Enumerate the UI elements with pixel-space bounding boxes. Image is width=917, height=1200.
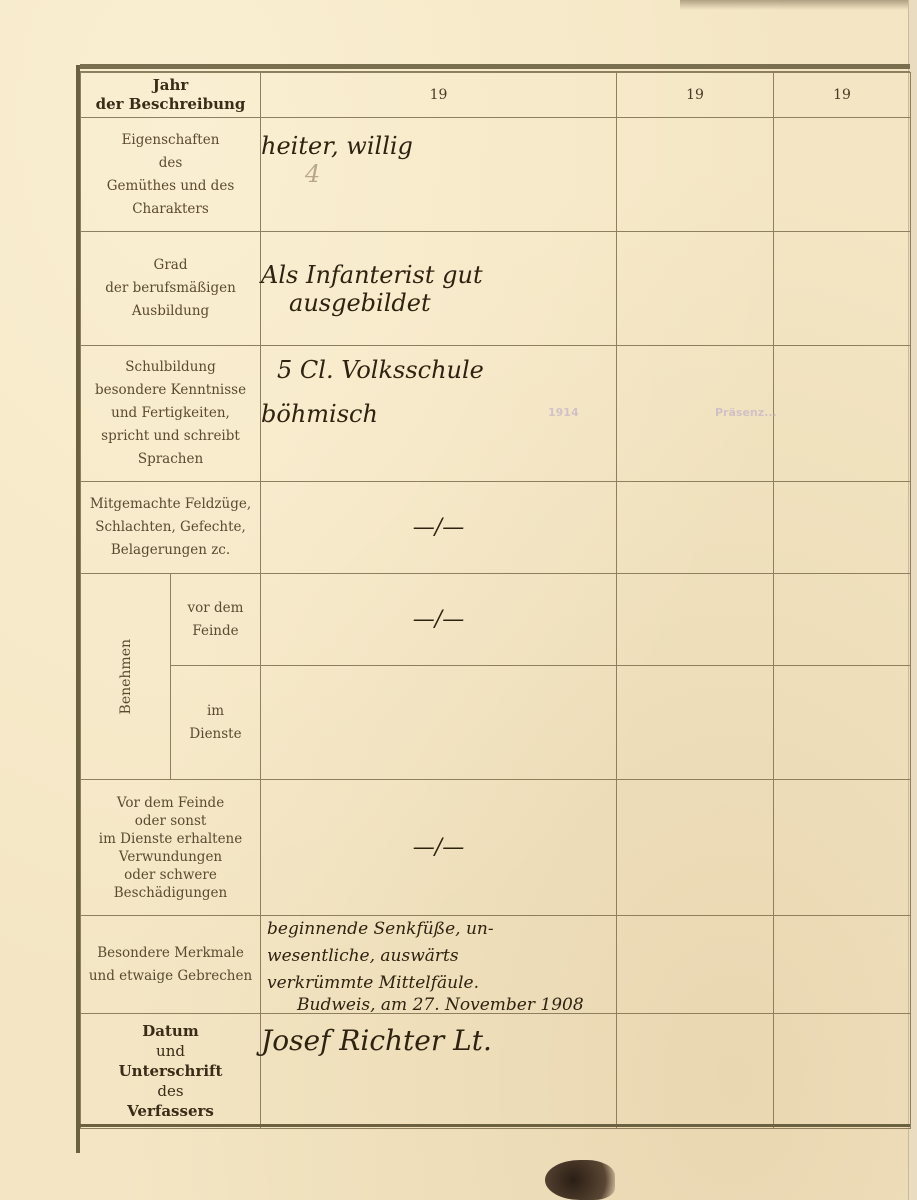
label-line: Datum: [81, 1021, 260, 1041]
label-line: Mitgemachte Feldzüge,: [81, 493, 260, 516]
empty-cell: [774, 574, 911, 666]
ink-blot: [545, 1160, 615, 1200]
label-line: vor dem: [171, 597, 260, 620]
year-label-line1: Jahr: [81, 76, 260, 95]
entry-campaigns: —/—: [261, 482, 617, 574]
label-line: Unterschrift: [81, 1061, 260, 1081]
handwritten-line: wesentliche, auswärts: [267, 943, 616, 970]
row-training: Grad der berufsmäßigen Ausbildung Als In…: [81, 232, 911, 346]
empty-cell: [617, 780, 774, 916]
label-line: Sprachen: [81, 448, 260, 471]
label-line: der berufsmäßigen: [81, 277, 260, 300]
top-border-rule: [80, 64, 910, 69]
empty-cell: [617, 666, 774, 780]
label-line: des: [81, 152, 260, 175]
label-line: besondere Kenntnisse: [81, 379, 260, 402]
empty-cell: [774, 482, 911, 574]
empty-cell: [617, 1014, 774, 1129]
empty-cell: [617, 118, 774, 232]
entry-wounds: —/—: [261, 780, 617, 916]
label-line: Besondere Merkmale: [81, 942, 260, 965]
row-conduct-service: im Dienste: [81, 666, 911, 780]
label-features: Besondere Merkmale und etwaige Gebrechen: [81, 916, 261, 1014]
entry-character: heiter, willig 4: [261, 118, 617, 232]
empty-cell: [774, 666, 911, 780]
label-schooling: Schulbildung besondere Kenntnisse und Fe…: [81, 346, 261, 482]
header-row: Jahr der Beschreibung 19 19 19: [81, 73, 911, 118]
faint-stamp-year: 1914: [548, 406, 579, 419]
entry-signature: Josef Richter Lt.: [261, 1014, 617, 1129]
label-line: Feinde: [171, 620, 260, 643]
label-line: oder sonst: [81, 812, 260, 830]
empty-cell: [774, 916, 911, 1014]
handwritten-line: verkrümmte Mittelfäule.: [267, 970, 616, 997]
year-column-1: 19: [261, 73, 617, 118]
page-edge-shadow: [680, 0, 917, 10]
label-line: spricht und schreibt: [81, 425, 260, 448]
label-line: des: [81, 1081, 260, 1101]
year-label-cell: Jahr der Beschreibung: [81, 73, 261, 118]
label-conduct-service: im Dienste: [171, 666, 261, 780]
label-line: oder schwere: [81, 866, 260, 884]
label-conduct-group: Benehmen: [81, 574, 171, 780]
label-character: Eigenschaften des Gemüthes und des Chara…: [81, 118, 261, 232]
empty-cell: [774, 232, 911, 346]
label-line: und: [81, 1041, 260, 1061]
empty-cell: [617, 482, 774, 574]
year-column-3: 19: [774, 73, 911, 118]
label-line: Charakters: [81, 198, 260, 221]
empty-cell: [774, 346, 911, 482]
entry-conduct-service: [261, 666, 617, 780]
label-line: und Fertigkeiten,: [81, 402, 260, 425]
label-line: Verfassers: [81, 1101, 260, 1121]
handwritten-line: ausgebildet: [261, 289, 616, 317]
entry-features: beginnende Senkfüße, un- wesentliche, au…: [261, 916, 617, 1014]
year-column-2: 19: [617, 73, 774, 118]
handwritten-entry: heiter, willig: [261, 132, 616, 160]
label-line: Grad: [81, 254, 260, 277]
empty-cell: [774, 118, 911, 232]
label-line: Belagerungen zc.: [81, 539, 260, 562]
row-conduct-enemy: Benehmen vor dem Feinde —/—: [81, 574, 911, 666]
label-campaigns: Mitgemachte Feldzüge, Schlachten, Gefech…: [81, 482, 261, 574]
handwritten-line: beginnende Senkfüße, un-: [267, 916, 616, 943]
label-conduct-enemy: vor dem Feinde: [171, 574, 261, 666]
label-line: Gemüthes und des: [81, 175, 260, 198]
label-line: Ausbildung: [81, 300, 260, 323]
empty-cell: [774, 780, 911, 916]
row-campaigns: Mitgemachte Feldzüge, Schlachten, Gefech…: [81, 482, 911, 574]
label-line: Beschädigungen: [81, 884, 260, 902]
empty-cell: [774, 1014, 911, 1129]
row-character: Eigenschaften des Gemüthes und des Chara…: [81, 118, 911, 232]
row-wounds: Vor dem Feinde oder sonst im Dienste erh…: [81, 780, 911, 916]
bottom-border-rule: [80, 1124, 910, 1127]
label-line: Schulbildung: [81, 356, 260, 379]
handwritten-line: 5 Cl. Volksschule: [261, 356, 616, 384]
pencil-mark: 4: [261, 160, 616, 188]
label-training: Grad der berufsmäßigen Ausbildung: [81, 232, 261, 346]
empty-cell: [617, 232, 774, 346]
label-line: Dienste: [171, 723, 260, 746]
label-line: und etwaige Gebrechen: [81, 965, 260, 988]
label-wounds: Vor dem Feinde oder sonst im Dienste erh…: [81, 780, 261, 916]
row-signature: Datum und Unterschrift des Verfassers Jo…: [81, 1014, 911, 1129]
entry-training: Als Infanterist gut ausgebildet: [261, 232, 617, 346]
row-schooling: Schulbildung besondere Kenntnisse und Fe…: [81, 346, 911, 482]
entry-conduct-enemy: —/—: [261, 574, 617, 666]
handwritten-line: Als Infanterist gut: [261, 261, 616, 289]
label-line: Schlachten, Gefechte,: [81, 516, 260, 539]
label-signature: Datum und Unterschrift des Verfassers: [81, 1014, 261, 1129]
empty-cell: [617, 916, 774, 1014]
empty-cell: [617, 574, 774, 666]
label-line: Verwundungen: [81, 848, 260, 866]
label-line: Vor dem Feinde: [81, 794, 260, 812]
vertical-label: Benehmen: [118, 639, 134, 714]
label-line: im: [171, 700, 260, 723]
faint-stamp-text: Präsenz...: [715, 406, 777, 419]
evaluation-form-table: Jahr der Beschreibung 19 19 19 Eigenscha…: [80, 72, 911, 1129]
handwritten-date: Budweis, am 27. November 1908: [267, 997, 616, 1013]
label-line: Eigenschaften: [81, 129, 260, 152]
label-line: im Dienste erhaltene: [81, 830, 260, 848]
row-features: Besondere Merkmale und etwaige Gebrechen…: [81, 916, 911, 1014]
year-label-line2: der Beschreibung: [81, 95, 260, 114]
